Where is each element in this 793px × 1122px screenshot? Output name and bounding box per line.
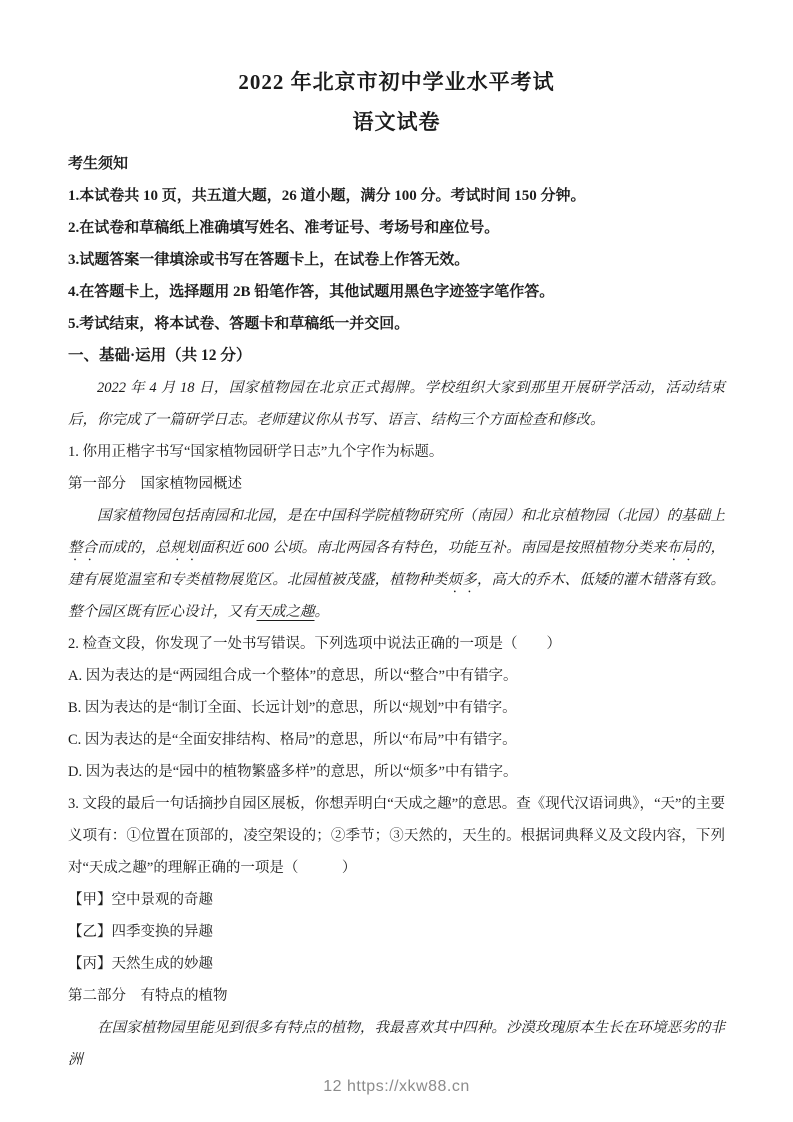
passage-paragraph: 国家植物园包括南园和北园，是在中国科学院植物研究所（南园）和北京植物园（北园）的… [68, 500, 725, 628]
emphasized-term: 布局 [667, 540, 696, 556]
question-3-option-bing: 【丙】天然生成的妙趣 [68, 948, 725, 980]
question-1: 1. 你用正楷字书写“国家植物园研学日志”九个字作为标题。 [68, 436, 725, 468]
notice-heading: 考生须知 [68, 148, 725, 180]
page-number-footer: 12 https://xkw88.cn [0, 1078, 793, 1096]
passage-text: 面积近 600 公顷。南北两园各有特色，功能互补。南园是按照植物分类来 [199, 540, 666, 556]
passage-text: 。 [315, 604, 330, 620]
part1-heading: 第一部分 国家植物园概述 [68, 468, 725, 500]
underlined-term: 天成之趣 [257, 604, 315, 620]
section-basics: 一、基础·运用（共 12 分） 2022 年 4 月 18 日，国家植物园在北京… [68, 340, 725, 1076]
intro-paragraph: 2022 年 4 月 18 日，国家植物园在北京正式揭牌。学校组织大家到那里开展… [68, 372, 725, 436]
emphasized-term: 整合 [68, 540, 97, 556]
question-3: 3. 文段的最后一句话摘抄自园区展板，你想弄明白“天成之趣”的意思。查《现代汉语… [68, 788, 725, 884]
notice-item-3: 3.试题答案一律填涂或书写在答题卡上，在试卷上作答无效。 [68, 244, 725, 276]
emphasized-term: 烦多 [448, 572, 477, 588]
section-heading: 一、基础·运用（共 12 分） [68, 340, 725, 372]
question-2-option-d: D. 因为表达的是“园中的植物繁盛多样”的意思，所以“烦多”中有错字。 [68, 756, 725, 788]
notice-section: 考生须知 1.本试卷共 10 页，共五道大题，26 道小题，满分 100 分。考… [68, 148, 725, 340]
exam-subtitle: 语文试卷 [68, 102, 725, 142]
notice-item-5: 5.考试结束，将本试卷、答题卡和草稿纸一并交回。 [68, 308, 725, 340]
notice-item-4: 4.在答题卡上，选择题用 2B 铅笔作答，其他试题用黑色字迹签字笔作答。 [68, 276, 725, 308]
exam-page: 2022 年北京市初中学业水平考试 语文试卷 考生须知 1.本试卷共 10 页，… [0, 0, 793, 1122]
question-2-option-a: A. 因为表达的是“两园组合成一个整体”的意思，所以“整合”中有错字。 [68, 660, 725, 692]
question-2-option-c: C. 因为表达的是“全面安排结构、格局”的意思，所以“布局”中有错字。 [68, 724, 725, 756]
question-2: 2. 检查文段，你发现了一处书写错误。下列选项中说法正确的一项是（ ） [68, 628, 725, 660]
question-3-option-yi: 【乙】四季变换的异趣 [68, 916, 725, 948]
emphasized-term: 规划 [170, 540, 199, 556]
notice-item-2: 2.在试卷和草稿纸上准确填写姓名、准考证号、考场号和座位号。 [68, 212, 725, 244]
notice-item-1: 1.本试卷共 10 页，共五道大题，26 道小题，满分 100 分。考试时间 1… [68, 180, 725, 212]
question-3-option-jia: 【甲】空中景观的奇趣 [68, 884, 725, 916]
part2-heading: 第二部分 有特点的植物 [68, 980, 725, 1012]
passage-text: 国家植物园包括南园和北园，是在中国科学院植物研究所（南园）和北京植物园（北园）的… [97, 508, 725, 524]
question-2-option-b: B. 因为表达的是“制订全面、长远计划”的意思，所以“规划”中有错字。 [68, 692, 725, 724]
passage2-paragraph: 在国家植物园里能见到很多有特点的植物，我最喜欢其中四种。沙漠玫瑰原本生长在环境恶… [68, 1012, 725, 1076]
exam-title: 2022 年北京市初中学业水平考试 [68, 62, 725, 102]
passage-text: 而成的，总 [97, 540, 170, 556]
